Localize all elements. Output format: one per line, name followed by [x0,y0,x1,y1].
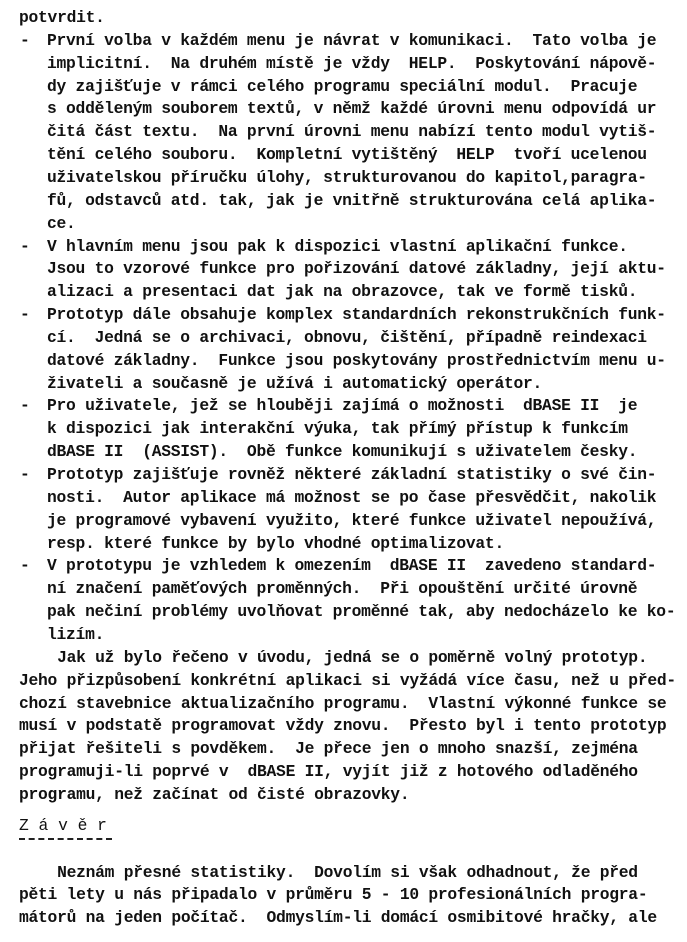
bullet-text-line: Prototyp zajišťuje rovněž některé základ… [47,465,656,485]
bullet-text-line: nosti. Autor aplikace má možnost se po č… [47,488,656,508]
bullet-text-line: fů, odstavců atd. tak, jak je vnitřně st… [47,191,656,211]
heading-underline [19,838,112,840]
bullet-text-line: Jsou to vzorové funkce pro pořizování da… [47,259,666,279]
paragraph-line: musí v podstatě programovat vždy znovu. … [19,716,666,736]
bullet-text-line: alizaci a presentaci dat jak na obrazovc… [47,282,637,302]
bullet-text-line: resp. které funkce by bylo vhodné optima… [47,534,504,554]
bullet-text-line: ce. [47,214,76,234]
bullet-text-line: V hlavním menu jsou pak k dispozici vlas… [47,237,628,257]
bullet-text-line: Prototyp dále obsahuje komplex standardn… [47,305,666,325]
bullet-dash: - [20,556,30,576]
bullet-text-line: implicitní. Na druhém místě je vždy HELP… [47,54,656,74]
bullet-text-line: V prototypu je vzhledem k omezením dBASE… [47,556,656,576]
bullet-text-line: Pro uživatele, jež se hlouběji zajímá o … [47,396,637,416]
paragraph-line: programu, než začínat od čisté obrazovky… [19,785,409,805]
paragraph-line: chozí stavebnice aktualizačního programu… [19,694,666,714]
bullet-dash: - [20,465,30,485]
bullet-dash: - [20,396,30,416]
bullet-text-line: uživatelskou příručku úlohy, strukturova… [47,168,647,188]
bullet-dash: - [20,31,30,51]
bullet-dash: - [20,237,30,257]
bullet-text-line: pak nečiní problémy uvolňovat proměnné t… [47,602,675,622]
bullet-text-line: ní značení paměťových proměnných. Při op… [47,579,637,599]
bullet-text-line: čitá část textu. Na první úrovni menu na… [47,122,656,142]
bullet-text-line: živateli a současně je užívá i automatic… [47,374,542,394]
bullet-text-line: První volba v každém menu je návrat v ko… [47,31,656,51]
paragraph-line: přijat řešiteli s povděkem. Je přece jen… [19,739,638,759]
bullet-text-line: datové základny. Funkce jsou poskytovány… [47,351,666,371]
bullet-text-line: k dispozici jak interakční výuka, tak př… [47,419,628,439]
section-heading: Z á v ě r [19,816,107,836]
bullet-text-line: lizím. [47,625,104,645]
paragraph-line: mátorů na jeden počítač. Odmyslím-li dom… [19,908,657,928]
bullet-text-line: dy zajišťuje v rámci celého programu spe… [47,77,637,97]
bullet-text-line: tění celého souboru. Kompletní vytištěný… [47,145,647,165]
paragraph-line: Jak už bylo řečeno v úvodu, jedná se o p… [19,648,647,668]
bullet-text-line: cí. Jedná se o archivaci, obnovu, čištěn… [47,328,647,348]
bullet-text-line: s odděleným souborem textů, v němž každé… [47,99,656,119]
continuation-line: potvrdit. [19,8,105,28]
paragraph-line: pěti lety u nás připadalo v průměru 5 - … [19,885,647,905]
paragraph-line: Jeho přizpůsobení konkrétní aplikaci si … [19,671,676,691]
bullet-text-line: dBASE II (ASSIST). Obě funkce komunikují… [47,442,637,462]
bullet-text-line: je programové vybavení využito, které fu… [47,511,656,531]
bullet-dash: - [20,305,30,325]
paragraph-line: Neznám přesné statistiky. Dovolím si vša… [19,863,638,883]
paragraph-line: programuji-li poprvé v dBASE II, vyjít j… [19,762,638,782]
